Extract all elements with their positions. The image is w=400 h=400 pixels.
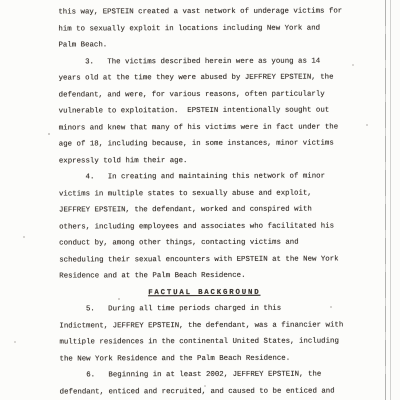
page-edge-line (390, 0, 391, 400)
section-heading: FACTUAL BACKGROUND (59, 284, 349, 302)
document-line: multiple residences in the continental U… (59, 333, 349, 351)
document-line: Residence and at the Palm Beach Residenc… (59, 267, 349, 285)
document-line: this way, EPSTEIN created a vast network… (58, 3, 348, 21)
document-line: years old at the time they were abused b… (59, 69, 349, 87)
document-line: age of 18, including because, in some in… (59, 135, 349, 153)
document-line: vulnerable to exploitation. EPSTEIN inte… (59, 102, 349, 120)
document-line: him to sexually exploit in locations inc… (58, 20, 348, 38)
document-line-paragraph-4-start: 4. In creating and maintaining this netw… (59, 168, 349, 186)
page-edge-line (385, 0, 386, 400)
document-line: defendant, enticed and recruited, and ca… (60, 383, 350, 400)
document-line-paragraph-3-start: 3. The victims described herein were as … (58, 53, 348, 71)
document-line: conduct by, among other things, contacti… (59, 234, 349, 252)
document-line: the New York Residence and the Palm Beac… (60, 350, 350, 368)
document-text: this way, EPSTEIN created a vast network… (58, 3, 349, 400)
scan-noise-speckles (0, 0, 2, 2)
document-line: victims in multiple states to sexually a… (59, 185, 349, 203)
document-line: expressly told him their age. (59, 152, 349, 170)
document-line: JEFFREY EPSTEIN, the defendant, worked a… (59, 201, 349, 219)
document-line-paragraph-5-start: 5. During all time periods charged in th… (59, 300, 349, 318)
document-line: others, including employees and associat… (59, 218, 349, 236)
document-line: scheduling their sexual encounters with … (59, 251, 349, 269)
document-page: this way, EPSTEIN created a vast network… (0, 0, 400, 400)
document-line: Palm Beach. (58, 36, 348, 54)
document-line: Indictment, JEFFREY EPSTEIN, the defenda… (59, 317, 349, 335)
document-line: minors and knew that many of his victims… (59, 119, 349, 137)
document-line-paragraph-6-start: 6. Beginning in at least 2002, JEFFREY E… (60, 366, 350, 384)
section-heading-text: FACTUAL BACKGROUND (148, 288, 260, 296)
document-line: defendant, and were, for various reasons… (59, 86, 349, 104)
